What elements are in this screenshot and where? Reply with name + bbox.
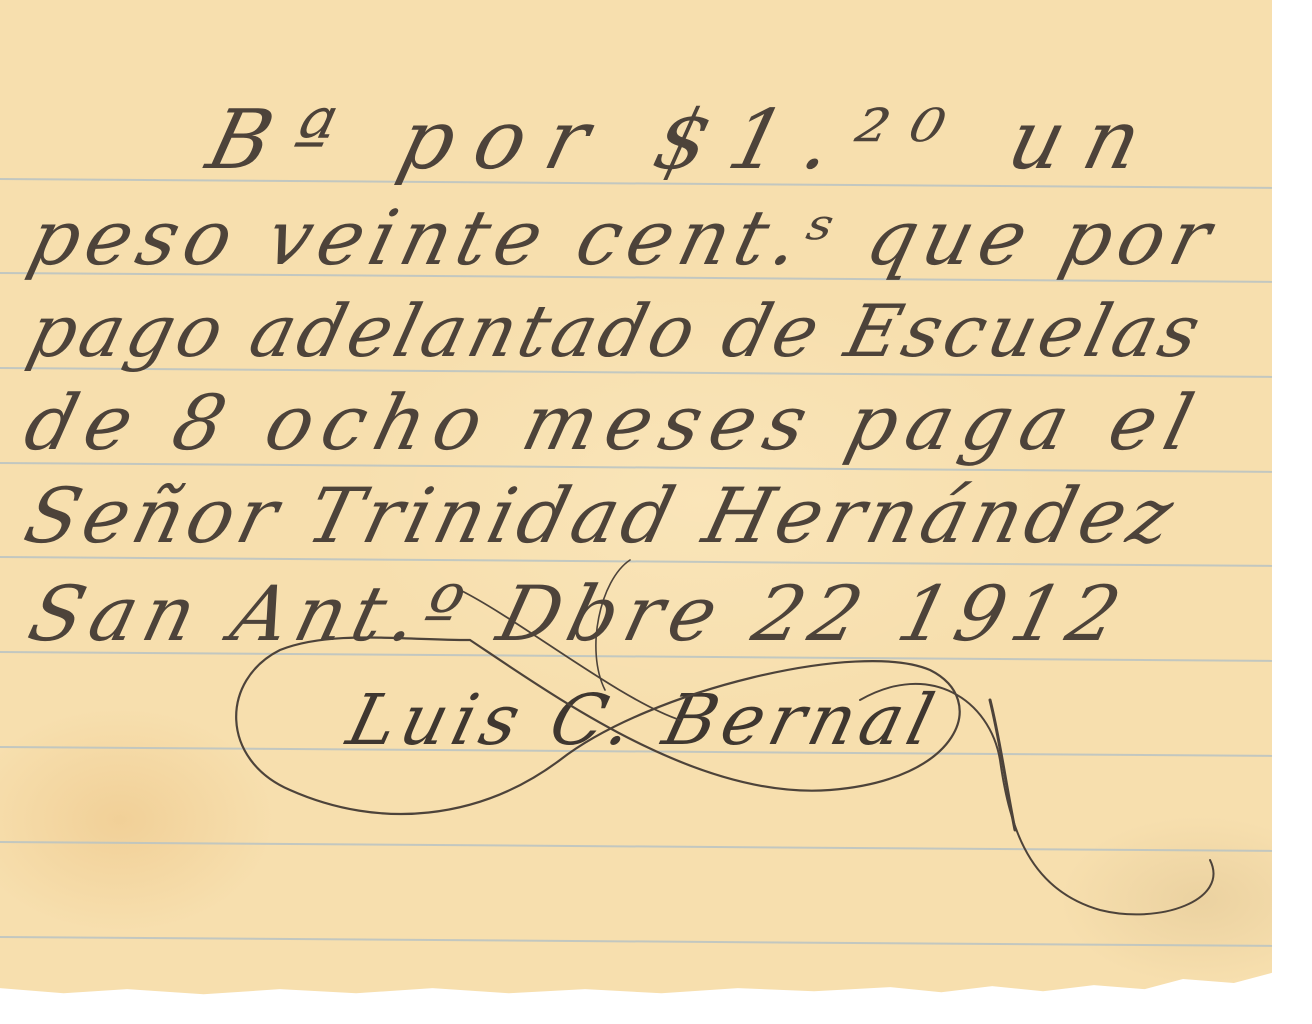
handwritten-line-6: San Ant.º Dbre 22 1912 [22, 576, 1135, 652]
paper-sheet: Bª por $1.²⁰ un peso veinte cent.ˢ que p… [0, 0, 1272, 1024]
handwritten-line-5: Señor Trinidad Hernández [18, 478, 1185, 554]
handwritten-line-1: Bª por $1.²⁰ un [200, 100, 1171, 182]
ruled-line [0, 936, 1272, 947]
signature: Luis C. Bernal [341, 685, 946, 755]
handwritten-line-2: peso veinte cent.ˢ que por [22, 200, 1225, 276]
ruled-line [0, 841, 1272, 852]
handwritten-line-3: pago adelantado de Escuelas [22, 295, 1211, 367]
handwritten-line-4: de 8 ocho meses paga el [18, 385, 1210, 461]
